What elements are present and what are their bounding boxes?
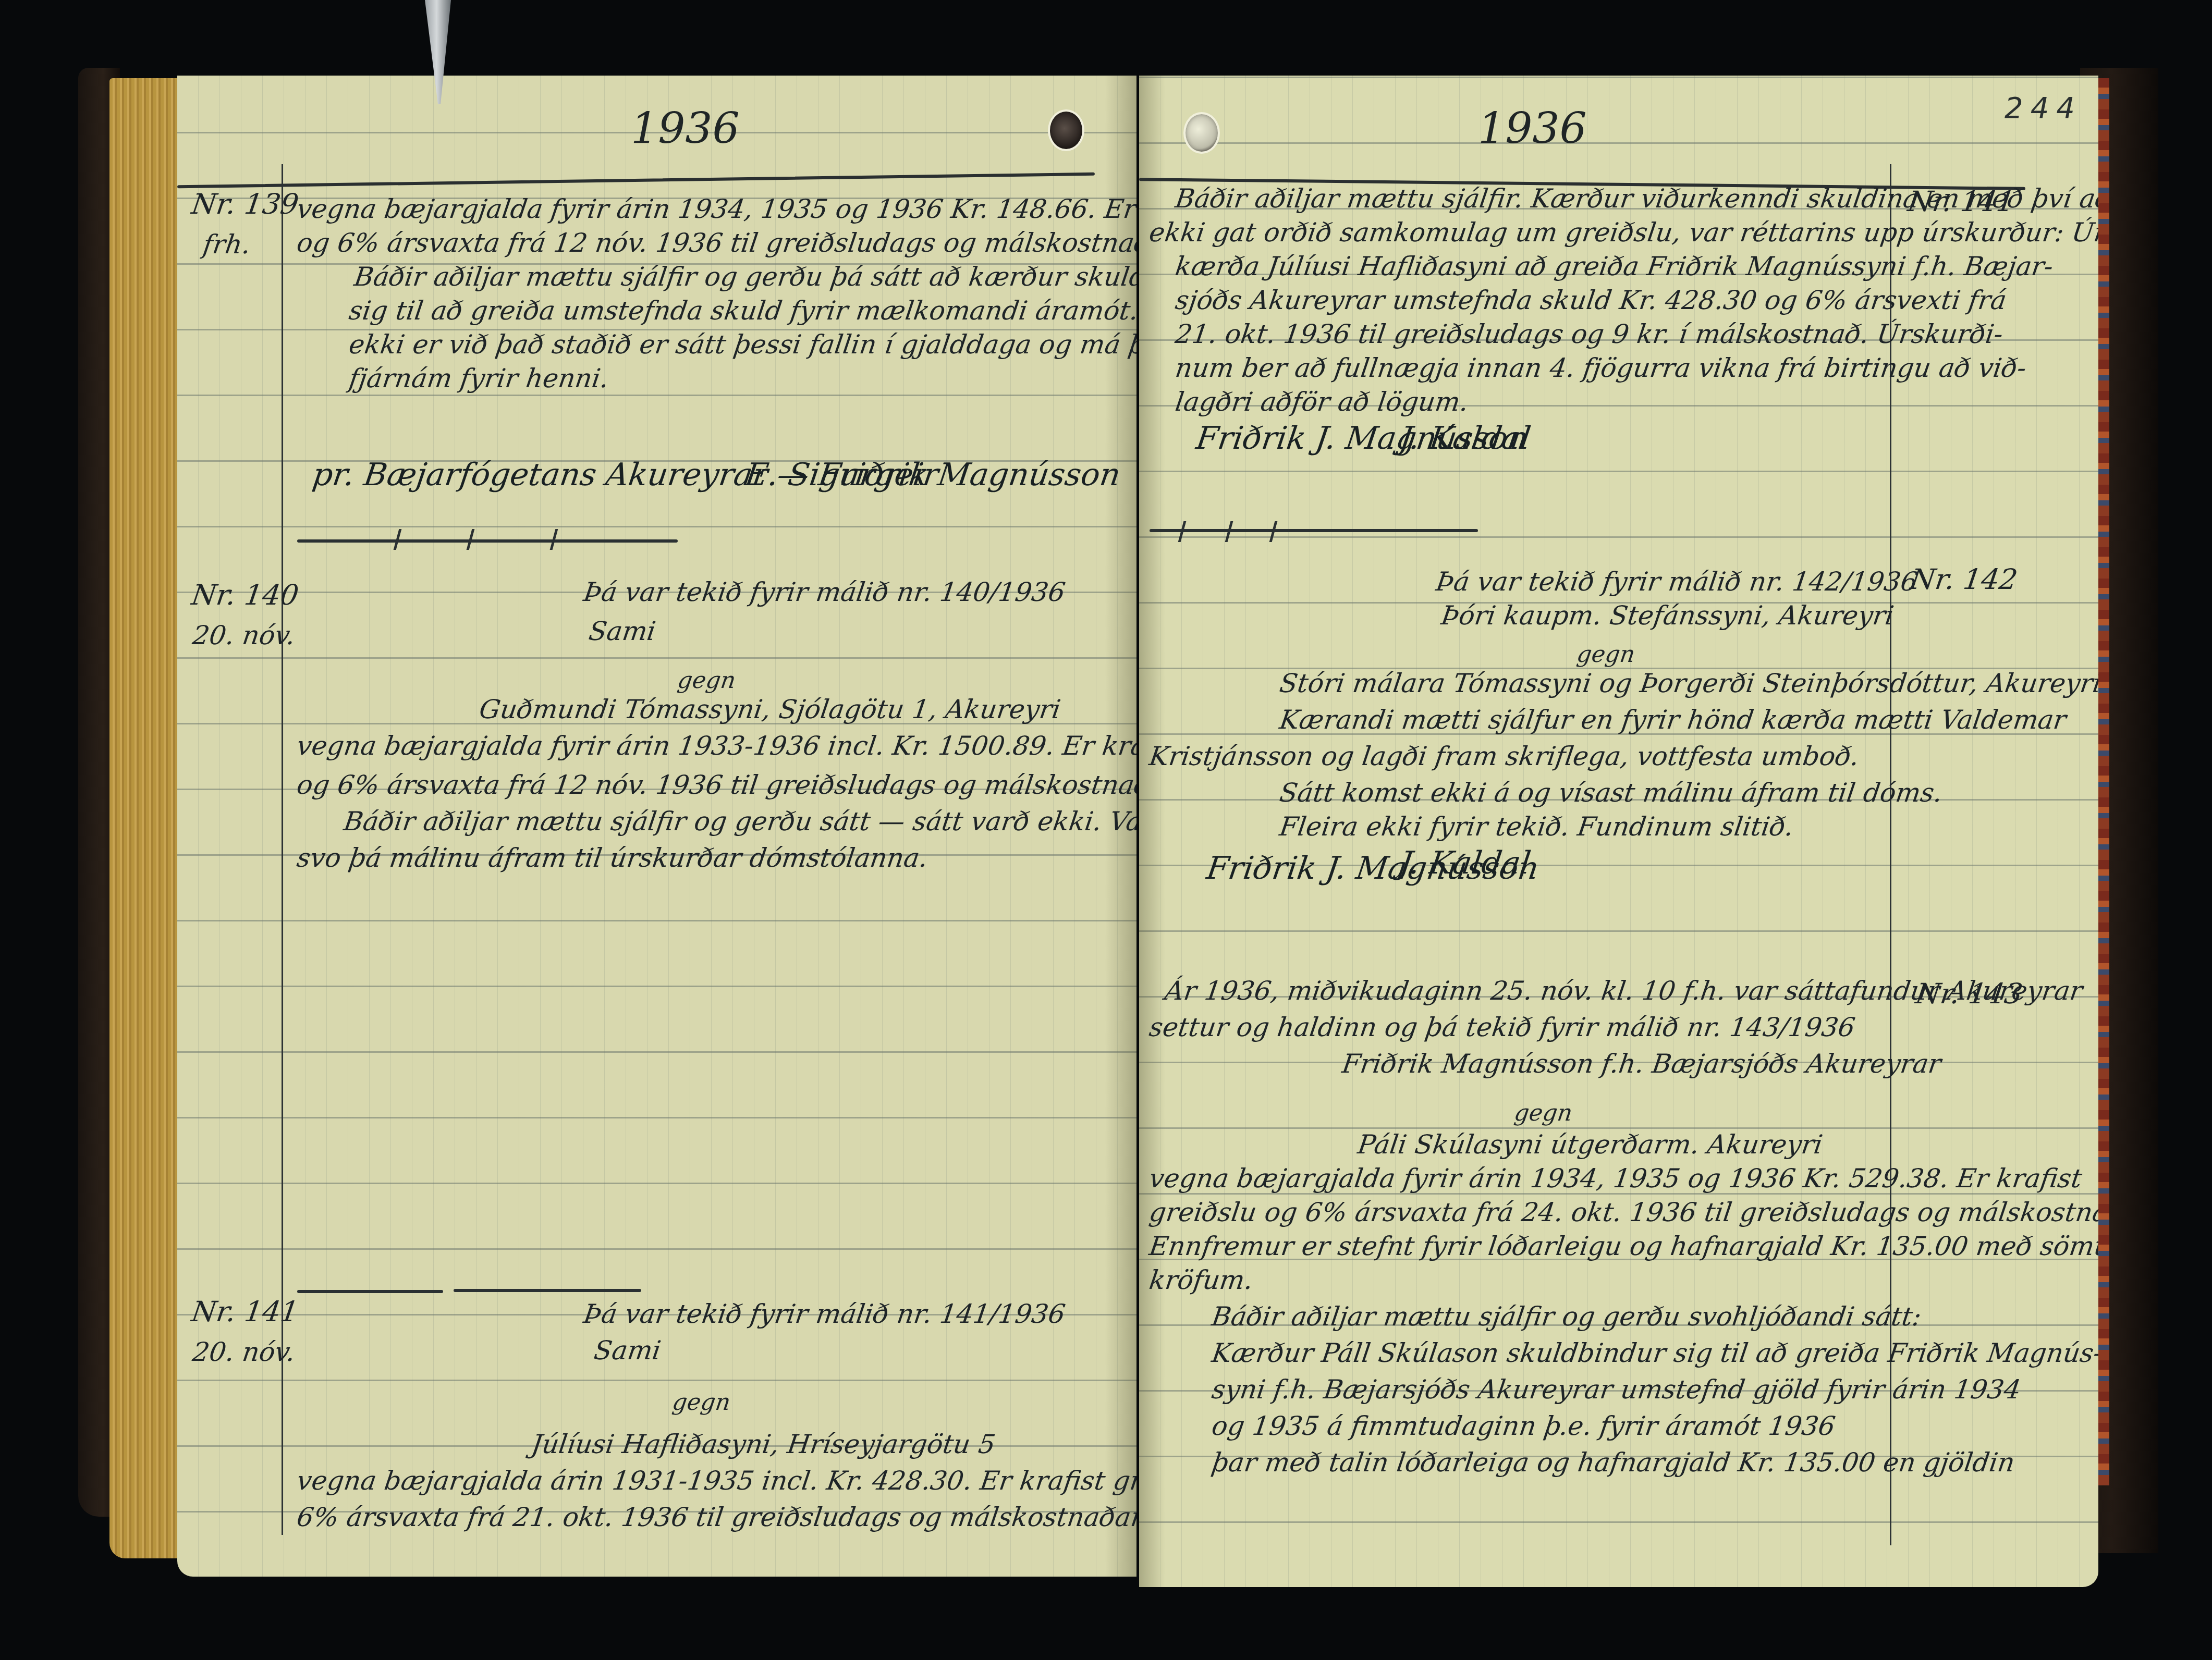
gutter-shadow bbox=[1139, 76, 1165, 1587]
case-number: Nr. 139 bbox=[190, 188, 301, 220]
versus: gegn bbox=[676, 665, 738, 697]
case-number: Nr. 141 bbox=[190, 1295, 301, 1328]
defendant: Stóri málara Tómassyni og Þorgerði Stein… bbox=[1278, 667, 2098, 699]
section-divider bbox=[297, 539, 678, 543]
section-divider bbox=[454, 1289, 641, 1292]
margin-rule bbox=[282, 164, 283, 1535]
entry-line: sig til að greiða umstefnda skuld fyrir … bbox=[347, 294, 1136, 327]
entry-line: vegna bæjargjalda fyrir árin 1934, 1935 … bbox=[295, 193, 1136, 225]
page-number: 244 bbox=[2005, 91, 2082, 125]
plaintiff: Sami bbox=[587, 615, 658, 647]
open-ledger-book: 1936 Nr. 139 frh. vegna bæjargjalda fyri… bbox=[0, 0, 2212, 1660]
signature: J. Kaldal bbox=[1398, 847, 1533, 879]
entry-line: fjárnám fyrir henni. bbox=[347, 362, 611, 395]
entry-line: og 1935 á fimmtudaginn þ.e. fyrir áramót… bbox=[1210, 1410, 1838, 1442]
versus: gegn bbox=[1575, 638, 1637, 671]
case-heading: Þá var tekið fyrir málið nr. 141/1936 bbox=[582, 1298, 1068, 1330]
entry-line: og 6% ársvaxta frá 12 nóv. 1936 til grei… bbox=[295, 227, 1136, 259]
entry-line: ekki gat orðið samkomulag um greiðslu, v… bbox=[1147, 216, 2098, 249]
case-heading: Þá var tekið fyrir málið nr. 142/1936 bbox=[1434, 565, 1920, 598]
case-number: Nr. 140 bbox=[190, 579, 301, 611]
defendant: Guðmundi Tómassyni, Sjólagötu 1, Akureyr… bbox=[478, 693, 1063, 726]
entry-line: vegna bæjargjalda árin 1931-1935 incl. K… bbox=[295, 1465, 1136, 1497]
entry-line: Sátt komst ekki á og vísast málinu áfram… bbox=[1278, 777, 1945, 809]
entry-line: Kærandi mætti sjálfur en fyrir hönd kærð… bbox=[1278, 704, 2069, 736]
case-heading: Þá var tekið fyrir málið nr. 140/1936 bbox=[582, 576, 1068, 608]
entry-line: lagðri aðför að lögum. bbox=[1174, 386, 1471, 418]
defendant: Páli Skúlasyni útgerðarm. Akureyri bbox=[1356, 1128, 1825, 1161]
entry-line: Kærður Páll Skúlason skuldbindur sig til… bbox=[1210, 1337, 2098, 1369]
entry-line: kærða Júlíusi Hafliðasyni að greiða Frið… bbox=[1174, 250, 2056, 282]
entry-line: vegna bæjargjalda fyrir árin 1933-1936 i… bbox=[295, 730, 1136, 762]
entry-line: þar með talin lóðarleiga og hafnargjald … bbox=[1210, 1446, 2017, 1479]
case-date: 20. nóv. bbox=[191, 1337, 297, 1367]
entry-line: num ber að fullnægja innan 4. fjögurra v… bbox=[1174, 352, 2028, 384]
section-divider bbox=[297, 1290, 443, 1293]
case-number: Nr. 142 bbox=[1909, 563, 2020, 596]
entry-line: ekki er við það staðið er sátt þessi fal… bbox=[347, 328, 1136, 361]
entry-line: syni f.h. Bæjarsjóðs Akureyrar umstefnd … bbox=[1210, 1373, 2023, 1406]
entry-line: Ennfremur er stefnt fyrir lóðarleigu og … bbox=[1147, 1230, 2098, 1262]
plaintiff: Friðrik Magnússon f.h. Bæjarsjóðs Akurey… bbox=[1340, 1048, 1944, 1080]
case-date: frh. bbox=[201, 229, 253, 260]
page-stack-left bbox=[109, 78, 177, 1558]
entry-line: Báðir aðiljar mættu sjálfir og gerðu svo… bbox=[1210, 1300, 1924, 1333]
signature: J. Kaldal bbox=[1398, 422, 1533, 454]
entry-line: svo þá málinu áfram til úrskurðar dómstó… bbox=[295, 842, 930, 874]
punch-hole bbox=[1048, 109, 1084, 151]
year-heading: 1936 bbox=[631, 104, 740, 154]
case-date: 20. nóv. bbox=[191, 620, 297, 650]
year-heading: 1936 bbox=[1478, 104, 1587, 154]
versus: gegn bbox=[670, 1386, 732, 1419]
entry-line: vegna bæjargjalda fyrir árin 1934, 1935 … bbox=[1147, 1162, 2084, 1195]
plaintiff: Þóri kaupm. Stefánssyni, Akureyri bbox=[1439, 599, 1896, 632]
entry-line: greiðslu og 6% ársvaxta frá 24. okt. 193… bbox=[1147, 1196, 2098, 1228]
entry-line: kröfum. bbox=[1147, 1264, 1255, 1296]
entry-line: Báðir aðiljar mættu sjálfir og gerðu sát… bbox=[342, 805, 1136, 838]
entry-line: 6% ársvaxta frá 21. okt. 1936 til greiðs… bbox=[295, 1501, 1136, 1533]
entry-line: Báðir aðiljar mættu sjálfir. Kærður viðu… bbox=[1174, 182, 2098, 215]
entry-line: 21. okt. 1936 til greiðsludags og 9 kr. … bbox=[1174, 318, 2006, 350]
section-divider bbox=[1150, 529, 1478, 532]
entry-line: settur og haldinn og þá tekið fyrir máli… bbox=[1147, 1011, 1857, 1043]
left-page: 1936 Nr. 139 frh. vegna bæjargjalda fyri… bbox=[177, 76, 1136, 1577]
plaintiff: Sami bbox=[592, 1334, 663, 1367]
entry-line: og 6% ársvaxta frá 12 nóv. 1936 til grei… bbox=[295, 769, 1136, 801]
signature: E. Sigurgeir bbox=[743, 459, 940, 491]
right-page: 1936 244 Nr. 141 Báðir aðiljar mættu sjá… bbox=[1139, 76, 2098, 1587]
defendant: Júlíusi Hafliðasyni, Hríseyjargötu 5 bbox=[530, 1428, 998, 1460]
entry-line: sjóðs Akureyrar umstefnda skuld Kr. 428.… bbox=[1174, 284, 2009, 316]
entry-line: Fleira ekki fyrir tekið. Fundinum slitið… bbox=[1278, 810, 1796, 843]
entry-line: Kristjánsson og lagði fram skriflega, vo… bbox=[1147, 740, 1861, 772]
versus: gegn bbox=[1512, 1097, 1574, 1129]
entry-line: Báðir aðiljar mættu sjálfir og gerðu þá … bbox=[352, 261, 1136, 293]
entry-line: Ár 1936, miðvikudaginn 25. nóv. kl. 10 f… bbox=[1163, 975, 2085, 1007]
signature: pr. Bæjarfógetans Akureyrar — Friðrik Ma… bbox=[311, 459, 1122, 491]
punch-hole bbox=[1183, 112, 1220, 154]
